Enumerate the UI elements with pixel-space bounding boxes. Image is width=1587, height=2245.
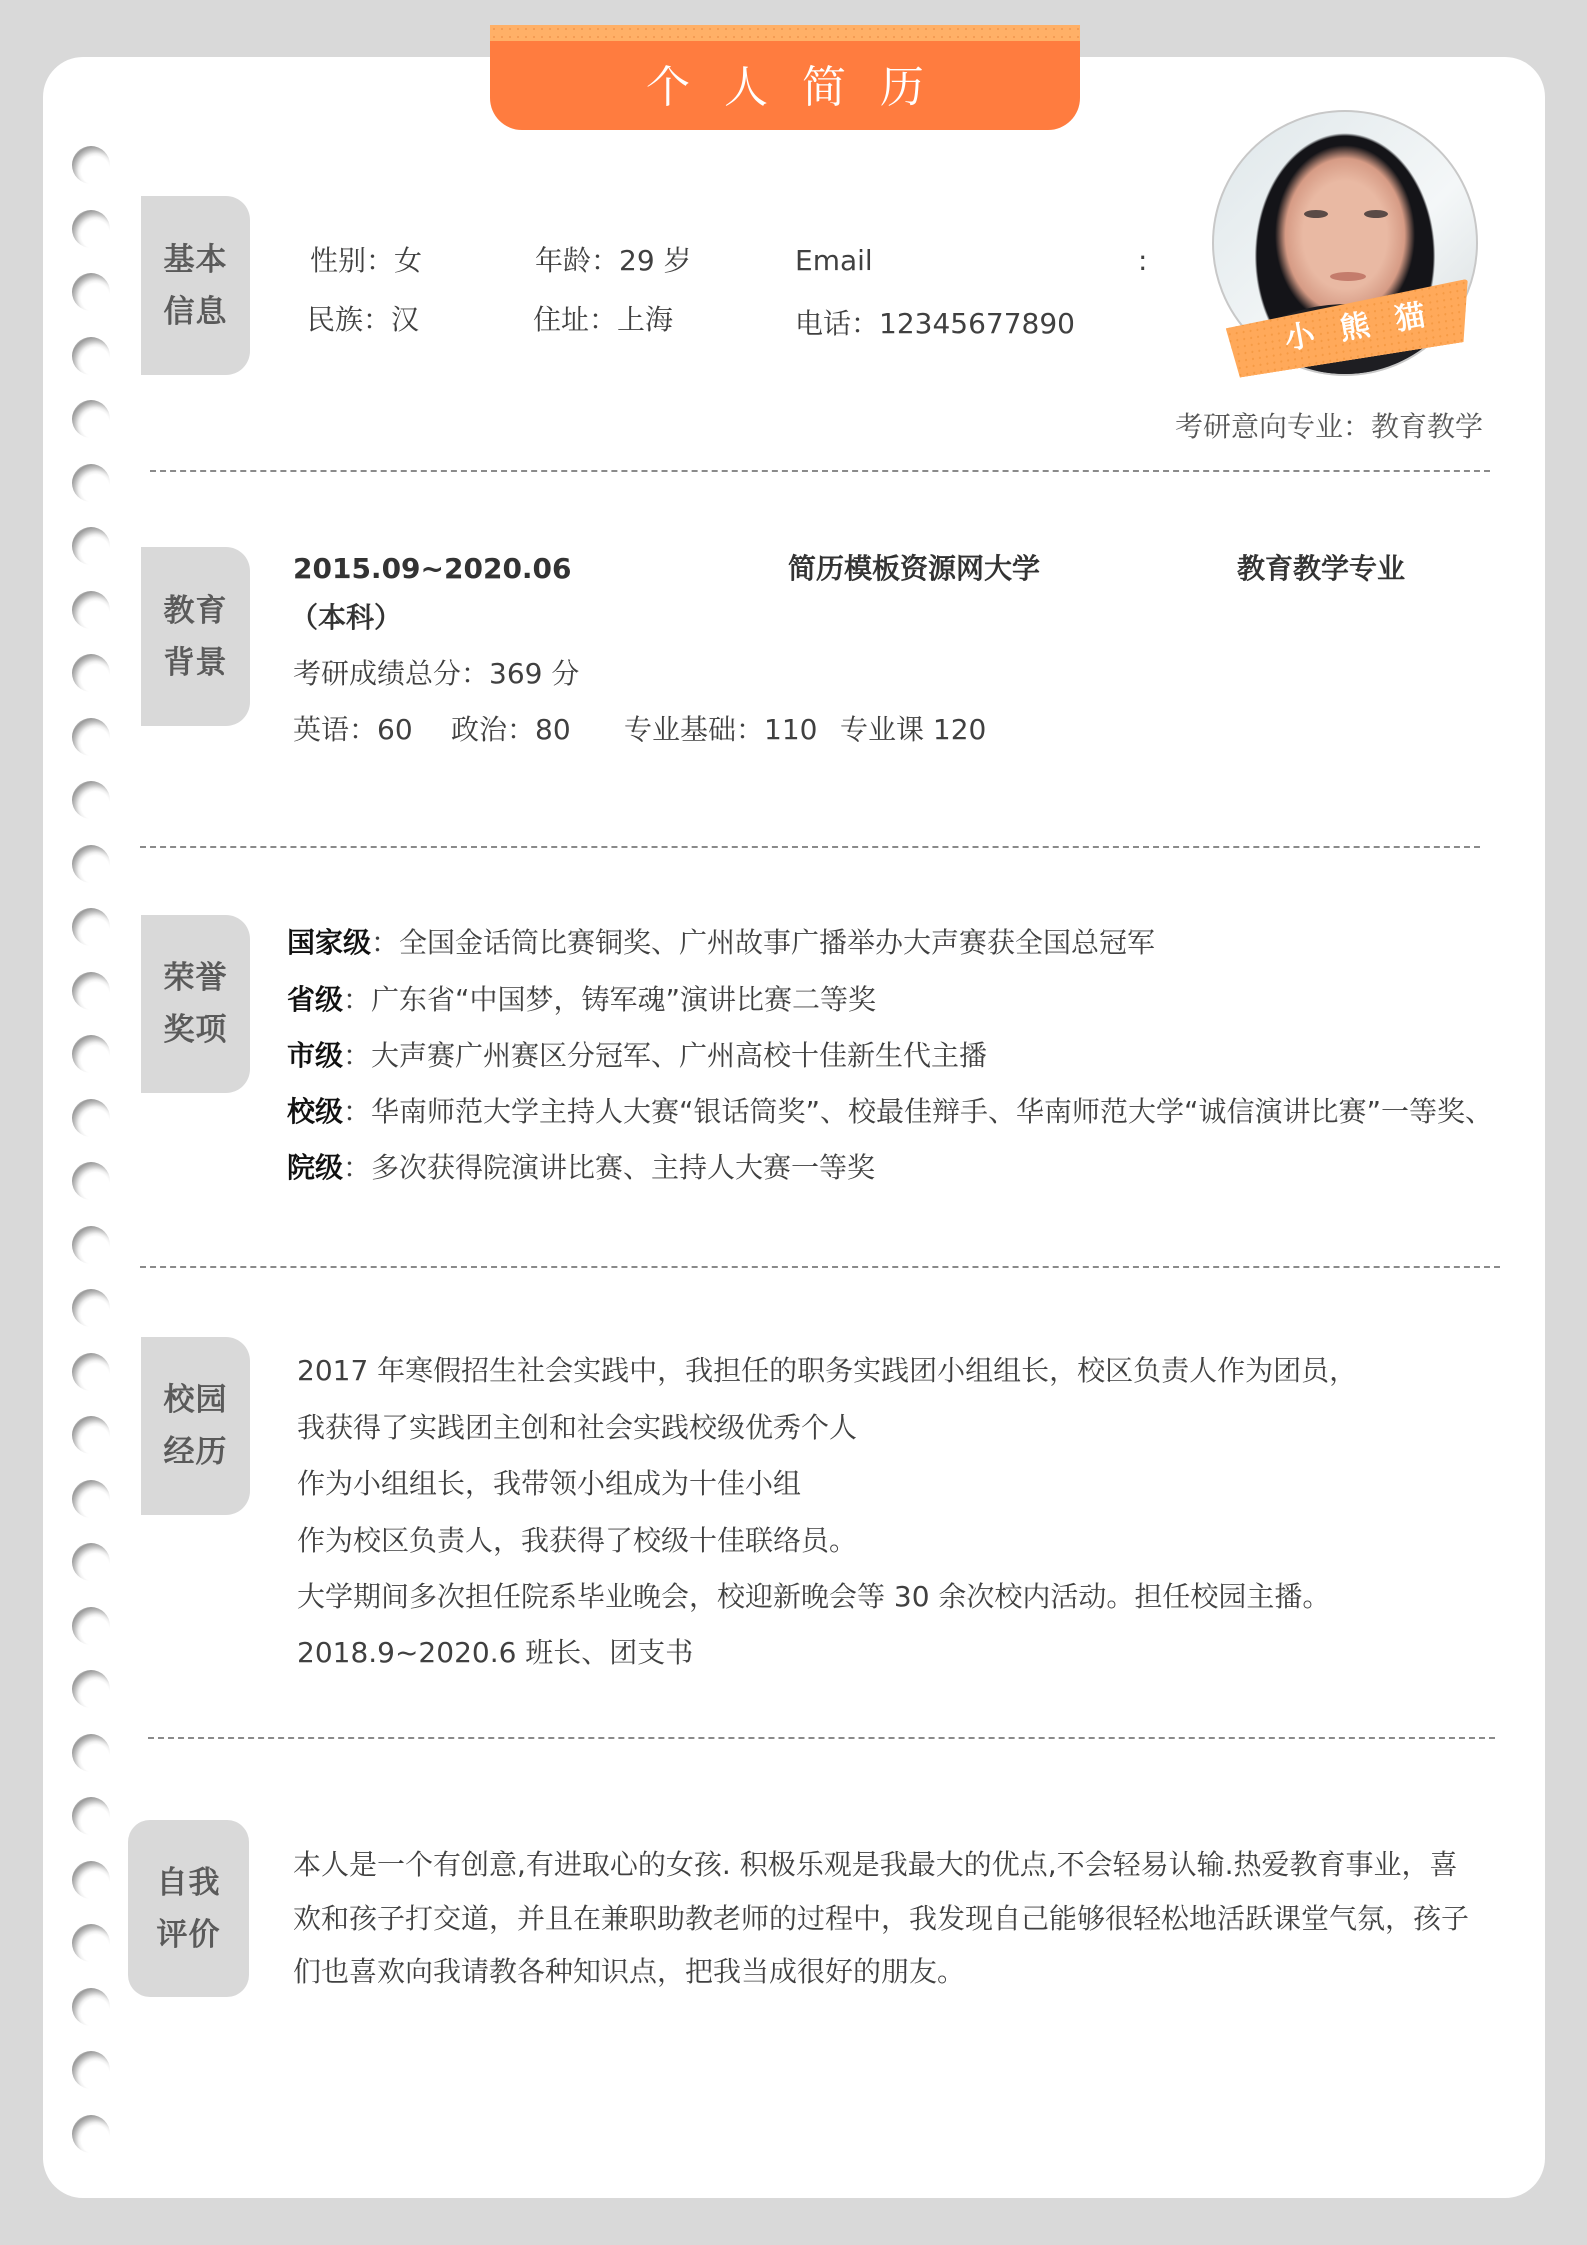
binder-ring-icon — [72, 908, 110, 946]
honor-level: 校级 — [287, 1095, 343, 1128]
binder-ring-icon — [72, 146, 110, 184]
email-colon: : — [1138, 243, 1147, 279]
section-tab-self-eval: 自我 评价 — [128, 1820, 249, 1997]
section-tab-label: 自我 — [157, 1857, 221, 1909]
binder-ring-icon — [72, 337, 110, 375]
title-banner: 个人简历 — [490, 25, 1080, 130]
honor-text: ：华南师范大学主持人大赛“银话筒奖”、校最佳辩手、华南师范大学“诚信演讲比赛”一… — [343, 1095, 1493, 1128]
score-major-basic: 专业基础：110 — [624, 712, 817, 748]
binder-ring-icon — [72, 1734, 110, 1772]
binder-ring-icon — [72, 1861, 110, 1899]
section-tab-label: 奖项 — [164, 1004, 228, 1056]
binder-ring-icon — [72, 1924, 110, 1962]
self-eval-line: 欢和孩子打交道，并且在兼职助教老师的过程中，我发现自己能够很轻松地活跃课堂气氛，… — [293, 1901, 1469, 1937]
section-tab-campus: 校园 经历 — [141, 1337, 250, 1515]
section-tab-label: 荣誉 — [164, 952, 228, 1004]
target-major: 考研意向专业：教育教学 — [1175, 409, 1483, 445]
section-divider — [140, 1266, 1500, 1268]
section-divider — [150, 470, 1490, 472]
honor-item: 省级：广东省“中国梦，铸军魂”演讲比赛二等奖 — [287, 982, 876, 1018]
honor-text: ：多次获得院演讲比赛、主持人大赛一等奖 — [343, 1151, 875, 1184]
section-tab-label: 教育 — [164, 585, 228, 637]
avatar-eye-right — [1364, 210, 1388, 218]
campus-line: 2017 年寒假招生社会实践中，我担任的职务实践团小组组长，校区负责人作为团员， — [297, 1353, 1357, 1389]
binder-ring-icon — [72, 1226, 110, 1264]
campus-line: 大学期间多次担任院系毕业晚会，校迎新晚会等 30 余次校内活动。担任校园主播。 — [297, 1579, 1330, 1615]
self-eval-line: 本人是一个有创意,有进取心的女孩. 积极乐观是我最大的优点,不会轻易认输.热爱教… — [293, 1847, 1458, 1883]
binder-ring-icon — [72, 1035, 110, 1073]
banner-stripe — [490, 25, 1080, 41]
binder-ring-icon — [72, 718, 110, 756]
honor-item: 校级：华南师范大学主持人大赛“银话筒奖”、校最佳辩手、华南师范大学“诚信演讲比赛… — [287, 1094, 1493, 1130]
self-eval-line: 们也喜欢向我请教各种知识点，把我当成很好的朋友。 — [293, 1954, 965, 1990]
binder-ring-icon — [72, 781, 110, 819]
binder-ring-icon — [72, 1289, 110, 1327]
score-politics: 政治：80 — [451, 712, 571, 748]
binder-ring-icon — [72, 273, 110, 311]
binder-ring-icon — [72, 845, 110, 883]
binder-ring-icon — [72, 1988, 110, 2026]
section-tab-label: 信息 — [164, 286, 228, 338]
binder-ring-icon — [72, 1670, 110, 1708]
honor-level: 市级 — [287, 1039, 343, 1072]
binder-ring-icon — [72, 2115, 110, 2153]
phone-field: 电话：12345677890 — [795, 306, 1075, 342]
ethnicity-field: 民族：汉 — [307, 302, 419, 338]
avatar-lips — [1330, 272, 1366, 281]
section-tab-label: 评价 — [157, 1909, 221, 1961]
binder-ring-icon — [72, 591, 110, 629]
binder-ring-icon — [72, 1797, 110, 1835]
honor-text: ：全国金话筒比赛铜奖、广州故事广播举办大声赛获全国总冠军 — [371, 926, 1155, 959]
campus-line: 我获得了实践团主创和社会实践校级优秀个人 — [297, 1410, 857, 1446]
education-university: 简历模板资源网大学 — [788, 551, 1040, 587]
honor-text: ：广东省“中国梦，铸军魂”演讲比赛二等奖 — [343, 983, 876, 1016]
binder-ring-icon — [72, 464, 110, 502]
education-major: 教育教学专业 — [1237, 551, 1405, 587]
section-tab-education: 教育 背景 — [141, 547, 250, 726]
page-title: 个人简历 — [490, 63, 1080, 113]
binder-ring-icon — [72, 654, 110, 692]
gender-field: 性别：女 — [310, 243, 422, 279]
section-tab-label: 背景 — [164, 637, 228, 689]
binder-ring-icon — [72, 527, 110, 565]
age-field: 年龄：29 岁 — [535, 243, 692, 279]
email-label: Email — [795, 243, 873, 279]
binder-ring-icon — [72, 2051, 110, 2089]
section-tab-label: 校园 — [164, 1374, 228, 1426]
section-tab-honors: 荣誉 奖项 — [141, 915, 250, 1093]
score-english: 英语：60 — [293, 712, 413, 748]
honor-item: 国家级：全国金话筒比赛铜奖、广州故事广播举办大声赛获全国总冠军 — [287, 925, 1155, 961]
education-degree: （本科） — [290, 600, 402, 636]
education-period: 2015.09~2020.06 — [293, 551, 572, 587]
score-major-course: 专业课 120 — [840, 712, 986, 748]
binder-ring-icon — [72, 400, 110, 438]
honor-text: ：大声赛广州赛区分冠军、广州高校十佳新生代主播 — [343, 1039, 987, 1072]
section-tab-basic-info: 基本 信息 — [141, 196, 250, 375]
binder-ring-icon — [72, 1162, 110, 1200]
binder-ring-icon — [72, 1480, 110, 1518]
campus-line: 作为校区负责人，我获得了校级十佳联络员。 — [297, 1523, 857, 1559]
honor-level: 国家级 — [287, 926, 371, 959]
binder-ring-icon — [72, 1607, 110, 1645]
section-tab-label: 基本 — [164, 234, 228, 286]
honor-level: 省级 — [287, 983, 343, 1016]
binder-ring-icon — [72, 1416, 110, 1454]
honor-item: 院级：多次获得院演讲比赛、主持人大赛一等奖 — [287, 1150, 875, 1186]
honor-item: 市级：大声赛广州赛区分冠军、广州高校十佳新生代主播 — [287, 1038, 987, 1074]
binder-ring-icon — [72, 1353, 110, 1391]
binder-ring-icon — [72, 1099, 110, 1137]
binder-ring-icon — [72, 972, 110, 1010]
avatar-eye-left — [1304, 210, 1328, 218]
binder-ring-icon — [72, 210, 110, 248]
campus-line: 2018.9~2020.6 班长、团支书 — [297, 1635, 693, 1671]
section-tab-label: 经历 — [164, 1426, 228, 1478]
section-divider — [148, 1737, 1495, 1739]
binder-ring-icon — [72, 1543, 110, 1581]
honor-level: 院级 — [287, 1151, 343, 1184]
address-field: 住址：上海 — [533, 302, 673, 338]
campus-line: 作为小组组长，我带领小组成为十佳小组 — [297, 1466, 801, 1502]
section-divider — [140, 846, 1480, 848]
exam-total-score: 考研成绩总分：369 分 — [293, 656, 579, 692]
